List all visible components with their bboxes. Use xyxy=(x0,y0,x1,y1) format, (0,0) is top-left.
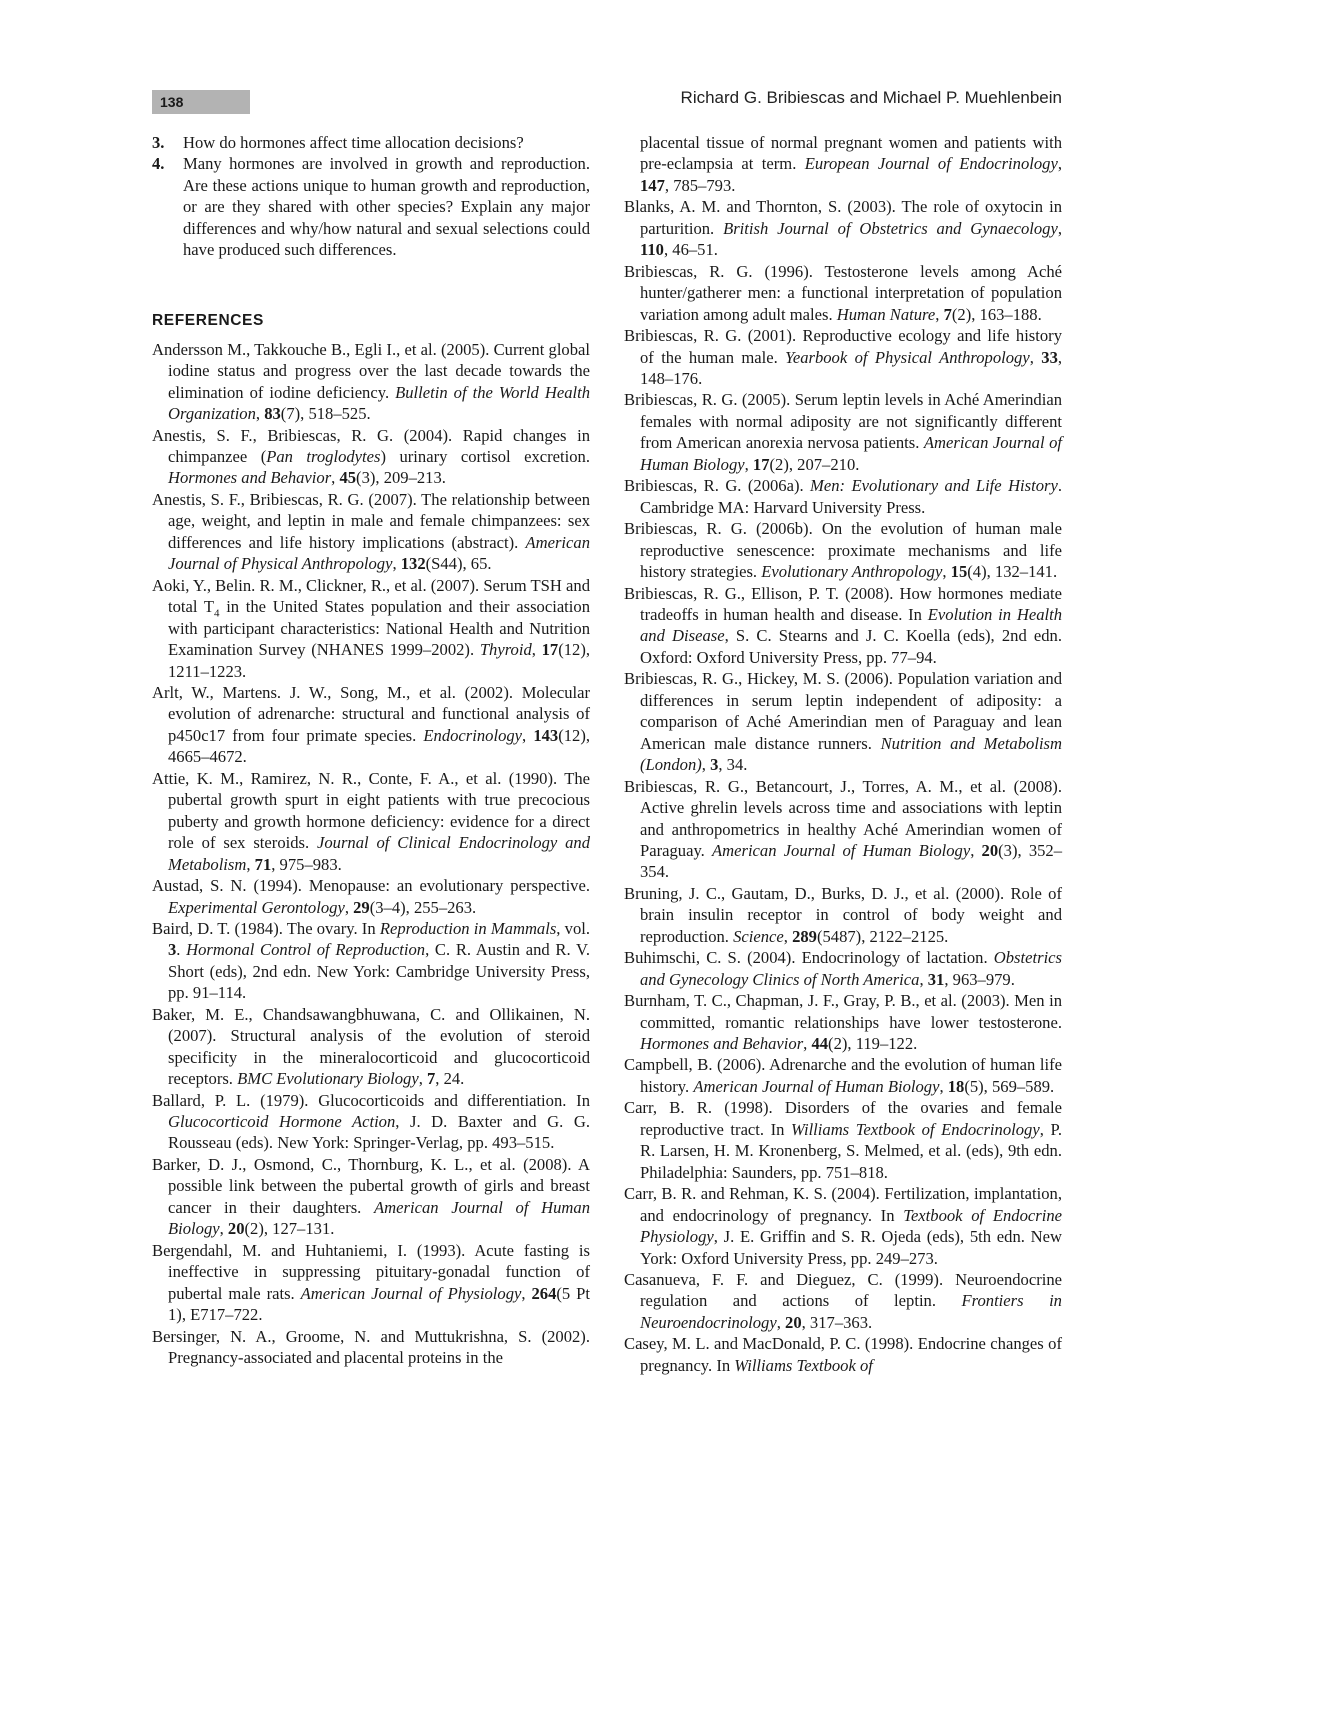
journal-title: Reproduction in Mammals xyxy=(380,919,556,938)
reference-entry: Blanks, A. M. and Thornton, S. (2003). T… xyxy=(624,196,1062,260)
reference-entry: Bribiescas, R. G., Betancourt, J., Torre… xyxy=(624,776,1062,883)
question-text: How do hormones affect time allocation d… xyxy=(183,133,524,152)
reference-entry: Anestis, S. F., Bribiescas, R. G. (2004)… xyxy=(152,425,590,489)
journal-title: Textbook of Endocrine Physiology xyxy=(640,1206,1062,1246)
reference-entry: Ballard, P. L. (1979). Glucocorticoids a… xyxy=(152,1090,590,1154)
reference-entry: Austad, S. N. (1994). Menopause: an evol… xyxy=(152,875,590,918)
journal-title: Thyroid xyxy=(480,640,532,659)
volume-number: 3 xyxy=(710,755,718,774)
question-number: 4. xyxy=(152,153,164,174)
volume-number: 7 xyxy=(427,1069,435,1088)
reference-entry: Baird, D. T. (1984). The ovary. In Repro… xyxy=(152,918,590,1004)
journal-title: Endocrinology xyxy=(423,726,522,745)
journal-title: American Journal of Physiology xyxy=(301,1284,522,1303)
journal-title: Hormones and Behavior xyxy=(640,1034,803,1053)
volume-number: 15 xyxy=(951,562,968,581)
reference-entry: Bribiescas, R. G. (2001). Reproductive e… xyxy=(624,325,1062,389)
left-column: 3. How do hormones affect time allocatio… xyxy=(152,132,590,1368)
journal-title: Williams Textbook of xyxy=(734,1356,873,1375)
volume-number: 45 xyxy=(339,468,356,487)
reference-entry: Anestis, S. F., Bribiescas, R. G. (2007)… xyxy=(152,489,590,575)
reference-entry: Aoki, Y., Belin. R. M., Clickner, R., et… xyxy=(152,575,590,682)
volume-number: 44 xyxy=(811,1034,828,1053)
reference-entry: Bribiescas, R. G., Ellison, P. T. (2008)… xyxy=(624,583,1062,669)
volume-number: 110 xyxy=(640,240,664,259)
journal-title: Science xyxy=(733,927,784,946)
volume-number: 33 xyxy=(1041,348,1058,367)
reference-entry: Bribiescas, R. G. (2006a). Men: Evolutio… xyxy=(624,475,1062,518)
reference-entry: Bribiescas, R. G. (2006b). On the evolut… xyxy=(624,518,1062,582)
volume-number: 147 xyxy=(640,176,665,195)
reference-entry: Carr, B. R. and Rehman, K. S. (2004). Fe… xyxy=(624,1183,1062,1269)
references-list-left: Andersson M., Takkouche B., Egli I., et … xyxy=(152,339,590,1369)
journal-title: Glucocorticoid Hormone Action xyxy=(168,1112,395,1131)
reference-entry: Burnham, T. C., Chapman, J. F., Gray, P.… xyxy=(624,990,1062,1054)
running-head: Richard G. Bribiescas and Michael P. Mue… xyxy=(681,88,1062,108)
journal-title: Obstetrics and Gynecology Clinics of Nor… xyxy=(640,948,1062,988)
question-text: Many hormones are involved in growth and… xyxy=(183,154,590,259)
volume-number: 3 xyxy=(168,940,176,959)
reference-entry: Carr, B. R. (1998). Disorders of the ova… xyxy=(624,1097,1062,1183)
journal-title: European Journal of Endocrinology xyxy=(805,154,1058,173)
volume-number: 143 xyxy=(533,726,558,745)
reference-entry: Casey, M. L. and MacDonald, P. C. (1998)… xyxy=(624,1333,1062,1376)
question-item: 3. How do hormones affect time allocatio… xyxy=(152,132,590,153)
volume-number: 7 xyxy=(944,305,952,324)
question-item: 4. Many hormones are involved in growth … xyxy=(152,153,590,260)
reference-entry: Bersinger, N. A., Groome, N. and Muttukr… xyxy=(152,1326,590,1369)
volume-number: 31 xyxy=(928,970,945,989)
journal-title: Williams Textbook of Endocrinology xyxy=(791,1120,1040,1139)
volume-number: 71 xyxy=(255,855,272,874)
journal-title: British Journal of Obstetrics and Gynaec… xyxy=(723,219,1058,238)
reference-entry: Bribiescas, R. G. (2005). Serum leptin l… xyxy=(624,389,1062,475)
subscript: 4 xyxy=(214,607,220,619)
journal-title: American Journal of Human Biology xyxy=(693,1077,939,1096)
page-number: 138 xyxy=(152,90,250,114)
reference-entry: placental tissue of normal pregnant wome… xyxy=(624,132,1062,196)
journal-title: Experimental Gerontology xyxy=(168,898,345,917)
journal-title: Frontiers in Neuroendocrinology xyxy=(640,1291,1062,1331)
volume-number: 29 xyxy=(353,898,370,917)
volume-number: 20 xyxy=(228,1219,245,1238)
reference-entry: Bruning, J. C., Gautam, D., Burks, D. J.… xyxy=(624,883,1062,947)
journal-title: Men: Evolutionary and Life History xyxy=(810,476,1058,495)
references-list-right: placental tissue of normal pregnant wome… xyxy=(624,132,1062,1376)
journal-title: BMC Evolutionary Biology xyxy=(237,1069,419,1088)
reference-entry: Buhimschi, C. S. (2004). Endocrinology o… xyxy=(624,947,1062,990)
volume-number: 17 xyxy=(542,640,559,659)
volume-number: 83 xyxy=(264,404,281,423)
reference-entry: Baker, M. E., Chandsawangbhuwana, C. and… xyxy=(152,1004,590,1090)
journal-title: Nutrition and Metabolism (London) xyxy=(640,734,1062,774)
journal-title: Evolutionary Anthropology xyxy=(761,562,942,581)
reference-entry: Bribiescas, R. G., Hickey, M. S. (2006).… xyxy=(624,668,1062,775)
volume-number: 289 xyxy=(792,927,817,946)
reference-entry: Bribiescas, R. G. (1996). Testosterone l… xyxy=(624,261,1062,325)
journal-title: American Journal of Human Biology xyxy=(712,841,970,860)
volume-number: 17 xyxy=(753,455,770,474)
book-title: Hormonal Control of Reproduction xyxy=(186,940,425,959)
volume-number: 264 xyxy=(531,1284,556,1303)
journal-title: Bulletin of the World Health Organizatio… xyxy=(168,383,590,423)
journal-title: Human Nature xyxy=(837,305,936,324)
reference-entry: Attie, K. M., Ramirez, N. R., Conte, F. … xyxy=(152,768,590,875)
reference-entry: Campbell, B. (2006). Adrenarche and the … xyxy=(624,1054,1062,1097)
journal-title: Evolution in Health and Disease xyxy=(640,605,1062,645)
journal-title: American Journal of Physical Anthropolog… xyxy=(168,533,590,573)
volume-number: 20 xyxy=(785,1313,802,1332)
journal-title: Hormones and Behavior xyxy=(168,468,331,487)
reference-entry: Andersson M., Takkouche B., Egli I., et … xyxy=(152,339,590,425)
volume-number: 132 xyxy=(401,554,426,573)
reference-entry: Casanueva, F. F. and Dieguez, C. (1999).… xyxy=(624,1269,1062,1333)
references-heading: REFERENCES xyxy=(152,310,590,332)
journal-title: Yearbook of Physical Anthropology xyxy=(785,348,1030,367)
journal-title: Journal of Clinical Endocrinology and Me… xyxy=(168,833,590,873)
volume-number: 18 xyxy=(948,1077,965,1096)
journal-title: Pan troglodytes xyxy=(266,447,380,466)
question-list: 3. How do hormones affect time allocatio… xyxy=(152,132,590,261)
reference-entry: Barker, D. J., Osmond, C., Thornburg, K.… xyxy=(152,1154,590,1240)
reference-entry: Bergendahl, M. and Huhtaniemi, I. (1993)… xyxy=(152,1240,590,1326)
reference-entry: Arlt, W., Martens. J. W., Song, M., et a… xyxy=(152,682,590,768)
journal-title: American Journal of Human Biology xyxy=(640,433,1062,473)
volume-number: 20 xyxy=(982,841,999,860)
right-column: placental tissue of normal pregnant wome… xyxy=(624,132,1062,1376)
question-number: 3. xyxy=(152,132,164,153)
